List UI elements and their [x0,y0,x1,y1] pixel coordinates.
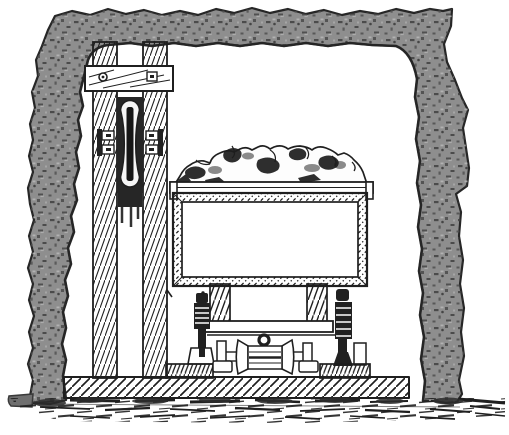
drum-right-flange [282,340,294,374]
right-tub-leg [307,284,327,322]
cross-beam [85,66,173,91]
drum-left-flange [236,340,248,374]
left-tub-leg [210,284,230,322]
engraving-figure [0,0,509,435]
tub-body [173,193,367,286]
sheave-rod [127,107,134,181]
below-sheave-shadow [118,193,142,207]
beam-bolt-center [102,76,105,79]
platform-plank [64,377,409,398]
coal-tub [167,146,373,297]
mine-tub-engraving [0,0,509,435]
tub-panel [182,202,358,277]
beam-nut-center [150,75,154,78]
right-base-block [320,364,370,378]
left-base-block [166,364,213,378]
right-guide-post [143,42,167,378]
right-side-support [354,343,366,365]
weighing-bar [203,321,333,332]
left-guide-post [93,42,117,378]
